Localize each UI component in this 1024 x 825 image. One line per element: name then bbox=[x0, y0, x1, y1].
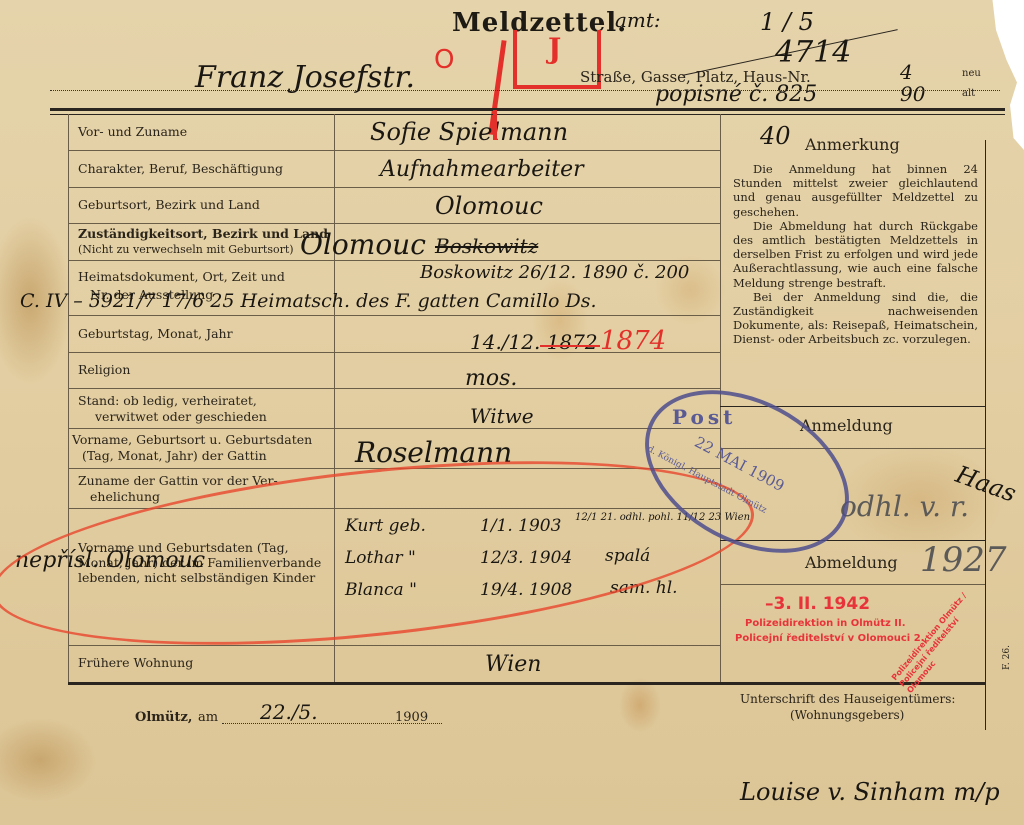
row-label-maiden-name-sub: ehelichung bbox=[90, 489, 160, 504]
right-border bbox=[985, 140, 986, 730]
post-stamp-top: Post bbox=[672, 405, 736, 429]
registration-number: 4714 bbox=[775, 35, 851, 70]
house-number-new: 4 bbox=[900, 60, 913, 84]
row-label-status: Stand: ob ledig, verheiratet, bbox=[78, 393, 257, 408]
row-label-wife-sub: (Tag, Monat, Jahr) der Gattin bbox=[82, 448, 267, 463]
top-right-mark: 1 / 5 bbox=[760, 8, 814, 36]
footer-place: Olmütz, bbox=[135, 710, 192, 725]
form-code: F. 26. bbox=[1000, 645, 1015, 670]
row-label-domicile-sub: (Nicht zu verwechseln mit Geburtsort) bbox=[78, 242, 294, 257]
street-dotted-line bbox=[50, 90, 1000, 91]
row-label-previous-address: Frühere Wohnung bbox=[78, 655, 193, 670]
value-previous-address: Wien bbox=[485, 652, 541, 677]
row-label-domicile: Zuständigkeitsort, Bezirk und Land bbox=[78, 226, 328, 241]
value-religion: mos. bbox=[465, 366, 517, 391]
anmerkung-paragraph-3: Bei der Anmeldung sind die, die Zuständi… bbox=[733, 290, 978, 347]
anmerkung-paragraph-1: Die Anmeldung hat binnen 24 Stunden mitt… bbox=[733, 162, 978, 219]
document-page: Meldzettel. amt: 1 / 5 4714 Franz Josefs… bbox=[0, 0, 1024, 825]
footer-date: 22./5. bbox=[260, 700, 318, 724]
anmerkung-paragraph-2: Die Abmeldung hat durch Rückgabe des amt… bbox=[733, 219, 978, 290]
value-status: Witwe bbox=[470, 404, 534, 428]
margin-note-document: C. IV – 5921/7 17/6 25 Heimatsch. des F.… bbox=[20, 290, 597, 312]
label-old: alt bbox=[962, 86, 975, 101]
value-domicile: Olomouc bbox=[300, 228, 426, 261]
value-birthplace: Olomouc bbox=[435, 192, 543, 220]
row-label-religion: Religion bbox=[78, 362, 130, 377]
abmeldung-heading: Abmeldung bbox=[805, 555, 898, 570]
anmerkung-number: 40 bbox=[760, 122, 791, 150]
red-strike bbox=[540, 345, 600, 347]
anmerkung-heading: Anmerkung bbox=[805, 137, 900, 152]
footer-year: 1909 bbox=[395, 710, 428, 725]
abmeldung-stamp-line-1: Polizeidirektion in Olmütz II. bbox=[745, 618, 906, 629]
value-occupation: Aufnahmearbeiter bbox=[380, 157, 584, 182]
row-label-status-sub: verwitwet oder geschieden bbox=[95, 409, 267, 424]
title-annotation: amt: bbox=[615, 8, 661, 32]
row-label-document: Heimatsdokument, Ort, Zeit und bbox=[78, 269, 285, 284]
row-label-occupation: Charakter, Beruf, Beschäftigung bbox=[78, 161, 283, 176]
row-label-wife: Vorname, Geburtsort u. Geburtsdaten bbox=[72, 432, 312, 447]
anmerkung-body: Die Anmeldung hat binnen 24 Stunden mitt… bbox=[733, 162, 978, 347]
signature-sub: (Wohnungsgebers) bbox=[790, 708, 904, 723]
value-document: Boskowitz 26/12. 1890 č. 200 bbox=[420, 262, 689, 283]
house-number-old: 90 bbox=[900, 82, 925, 106]
footer-am: am bbox=[198, 710, 218, 725]
header-rule-2 bbox=[50, 114, 1005, 115]
signature-label: Unterschrift des Hauseigentümers: bbox=[740, 692, 955, 707]
abmeldung-year: 1927 bbox=[920, 540, 1007, 580]
abmeldung-stamp-line-2: Policejní ředitelství v Olomouci 2. bbox=[735, 633, 924, 644]
value-domicile-struck: Boskowitz bbox=[435, 234, 538, 258]
red-box-letter: J bbox=[548, 32, 561, 65]
row-label-name: Vor- und Zuname bbox=[78, 124, 187, 139]
value-birthdate: 14./12. 1872 bbox=[470, 330, 598, 354]
owner-signature: Louise v. Sinham m/p bbox=[740, 778, 1000, 806]
abmeldung-stamp-date: –3. II. 1942 bbox=[765, 594, 870, 614]
red-circle-mark: O bbox=[434, 45, 454, 75]
value-birthdate-correction: 1874 bbox=[600, 326, 666, 356]
anmeldung-note-2: odhl. v. r. bbox=[840, 490, 969, 523]
street-subline: popisné č. 825 bbox=[655, 82, 817, 107]
header-rule bbox=[50, 108, 1005, 111]
value-name: Sofie Spielmann bbox=[370, 118, 568, 146]
red-vertical-mark bbox=[493, 110, 497, 140]
table-bottom-rule bbox=[68, 682, 985, 685]
label-new: neu bbox=[962, 66, 981, 81]
row-label-birthplace: Geburtsort, Bezirk und Land bbox=[78, 197, 260, 212]
row-label-birthdate: Geburtstag, Monat, Jahr bbox=[78, 326, 233, 341]
